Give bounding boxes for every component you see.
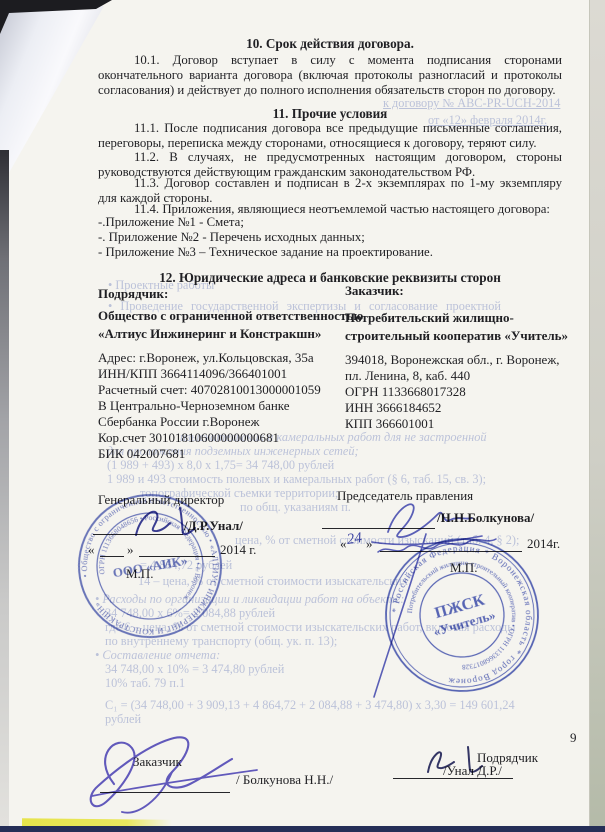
customer-inn: ИНН 3666184652 xyxy=(345,400,441,415)
customer-kpp: КПП 366601001 xyxy=(345,416,434,431)
contractor-bank-line2: Сбербанка России г.Воронеж xyxy=(98,414,259,429)
customer-role-label: Заказчик: xyxy=(345,283,404,298)
scanned-contract-page: к договору № АВС-PR-UCH-2014 от «12» фев… xyxy=(0,0,605,832)
bleedthrough-line: • Составление отчета: xyxy=(95,648,220,662)
clause-11-1: 11.1. После подписания договора все пред… xyxy=(98,121,562,151)
bleedthrough-line: 34 748,00 х 10% = 3 474,80 рублей xyxy=(105,662,284,676)
contractor-date-year: 2014 г. xyxy=(220,542,256,557)
contractor-stamp-center-text: ООО «АИК» xyxy=(112,553,189,581)
annex-line-1: -.Приложение №1 - Смета; xyxy=(98,215,562,230)
annex-line-3: - Приложение №3 – Техническое задание на… xyxy=(98,245,562,260)
contractor-role-label: Подрядчик: xyxy=(98,286,168,301)
bleedthrough-line: 10% таб. 79 п.1 xyxy=(105,676,185,690)
clause-10-1: 10.1. Договор вступает в силу с момента … xyxy=(98,53,562,97)
contractor-corr-account: Кор.счет 30101810600000000681 xyxy=(98,430,279,445)
bleedthrough-line: 1 989 и 493 стоимость полевых и камераль… xyxy=(107,472,486,486)
contractor-address: Адрес: г.Воронеж, ул.Кольцовская, 35а xyxy=(98,350,314,365)
section-11-title: 11. Прочие условия xyxy=(98,106,562,121)
section-12-title: 12. Юридические адреса и банковские рекв… xyxy=(98,270,562,285)
customer-name-line1: Потребительский жилищно- xyxy=(345,310,514,325)
section-10-title: 10. Срок действия договора. xyxy=(98,36,562,51)
contractor-signature xyxy=(130,503,200,545)
scan-bottom-edge xyxy=(0,826,605,832)
page-curl xyxy=(0,5,106,181)
contractor-account: Расчетный счет: 40702810013000001059 xyxy=(98,382,321,397)
contractor-name-line1: Общество с ограниченной ответственностью xyxy=(98,308,363,323)
contractor-name-line2: «Алтиус Инжинеринг и Констракшн» xyxy=(98,326,321,341)
contractor-bank-line1: В Центрально-Черноземном банке xyxy=(98,398,290,413)
annex-line-2: -. Приложение №2 - Перечень исходных дан… xyxy=(98,230,562,245)
bleedthrough-line: рублей xyxy=(105,712,141,726)
page-number: 9 xyxy=(570,730,577,745)
customer-name-line2: строительный кооператив «Учитель» xyxy=(345,328,568,343)
scan-left-edge xyxy=(0,150,9,832)
customer-date-day-handwritten: 24 xyxy=(346,530,363,549)
footer-customer-signature xyxy=(72,726,272,826)
customer-address-line2: пл. Ленина, 8, каб. 440 xyxy=(345,368,470,383)
contractor-bik: БИК 042007681 xyxy=(98,446,185,461)
customer-signature xyxy=(330,492,545,712)
customer-ogrn: ОГРН 1133668017328 xyxy=(345,384,466,399)
contractor-inn-kpp: ИНН/КПП 3664114096/366401001 xyxy=(98,366,287,381)
footer-contractor-signature xyxy=(418,742,508,784)
scan-right-edge xyxy=(589,0,605,832)
customer-address-line1: 394018, Воронежская обл., г. Воронеж, xyxy=(345,352,560,367)
